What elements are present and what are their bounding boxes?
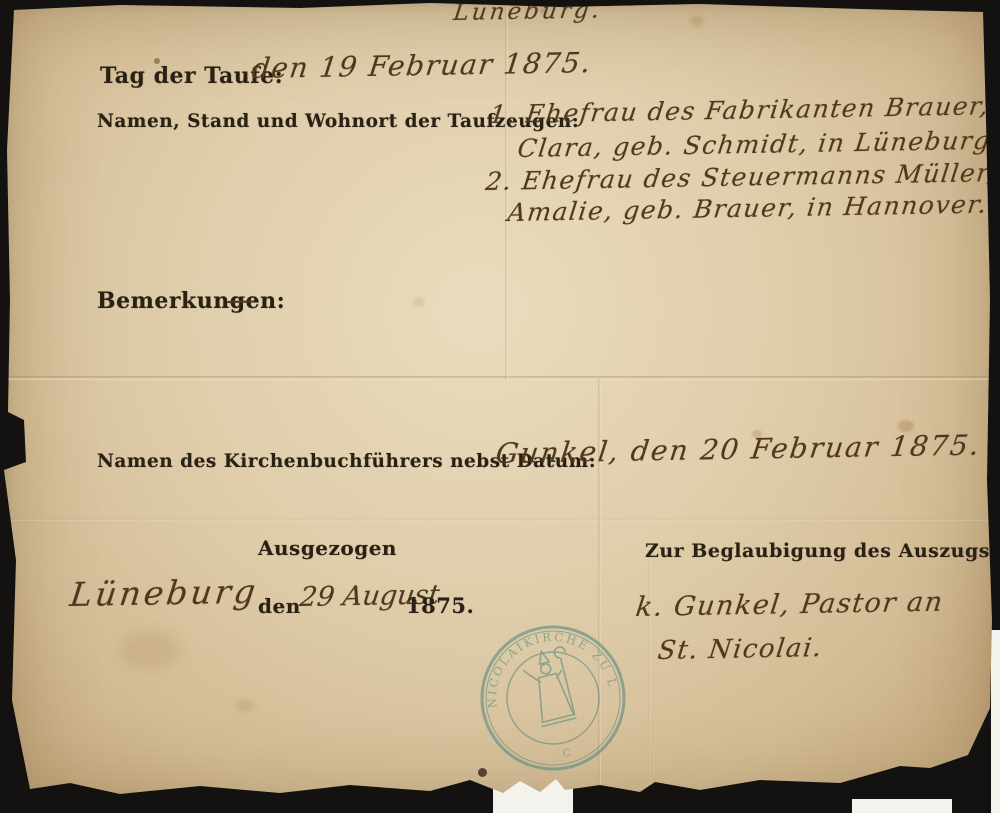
- stain-spot: [690, 16, 704, 26]
- registrar-value: Gunkel, den 20 Februar 1875.: [494, 429, 983, 470]
- stain-spot: [236, 700, 254, 712]
- witness-line: 1. Ehefrau des Fabrikanten Brauer,: [488, 91, 991, 129]
- baptism-date-value: den 19 Februar 1875.: [250, 46, 594, 85]
- scanned-baptism-certificate: { "colors": { "paper": "#dfcdaa", "print…: [0, 0, 1000, 813]
- scanner-bed-sliver: [852, 799, 952, 813]
- witness-line: Amalie, geb. Brauer, in Hannover.: [506, 190, 990, 227]
- church-seal-stamp: NICOLAIKIRCHE ZU LÜNEBURG C: [462, 607, 644, 789]
- signature-line-1: k. Gunkel, Pastor an: [634, 587, 946, 623]
- remarks-value: —: [224, 282, 258, 318]
- paper: Lüneburg. Tag der Taufe: den 19 Februar …: [0, 0, 1000, 813]
- stain-spot: [414, 298, 424, 306]
- top-annotation-handwriting: Lüneburg.: [452, 0, 604, 26]
- certification-heading: Zur Beglaubigung des Auszugs;: [645, 540, 997, 562]
- extract-place: Lüneburg: [68, 572, 260, 614]
- signature-line-2: St. Nicolai.: [656, 633, 825, 666]
- stain-spot: [120, 630, 180, 670]
- horizontal-fold-crease: [0, 518, 1000, 521]
- extract-heading: Ausgezogen: [258, 536, 397, 560]
- seal-bottom-mark: C: [562, 747, 572, 760]
- witness-line: Clara, geb. Schmidt, in Lüneburg.: [516, 126, 1000, 163]
- horizontal-fold-crease: [0, 376, 1000, 380]
- extract-date-year: 1875.: [406, 593, 474, 618]
- stain-spot: [478, 768, 487, 777]
- scanner-bed-sliver: [991, 630, 1000, 813]
- extract-date-prefix: den: [258, 594, 301, 618]
